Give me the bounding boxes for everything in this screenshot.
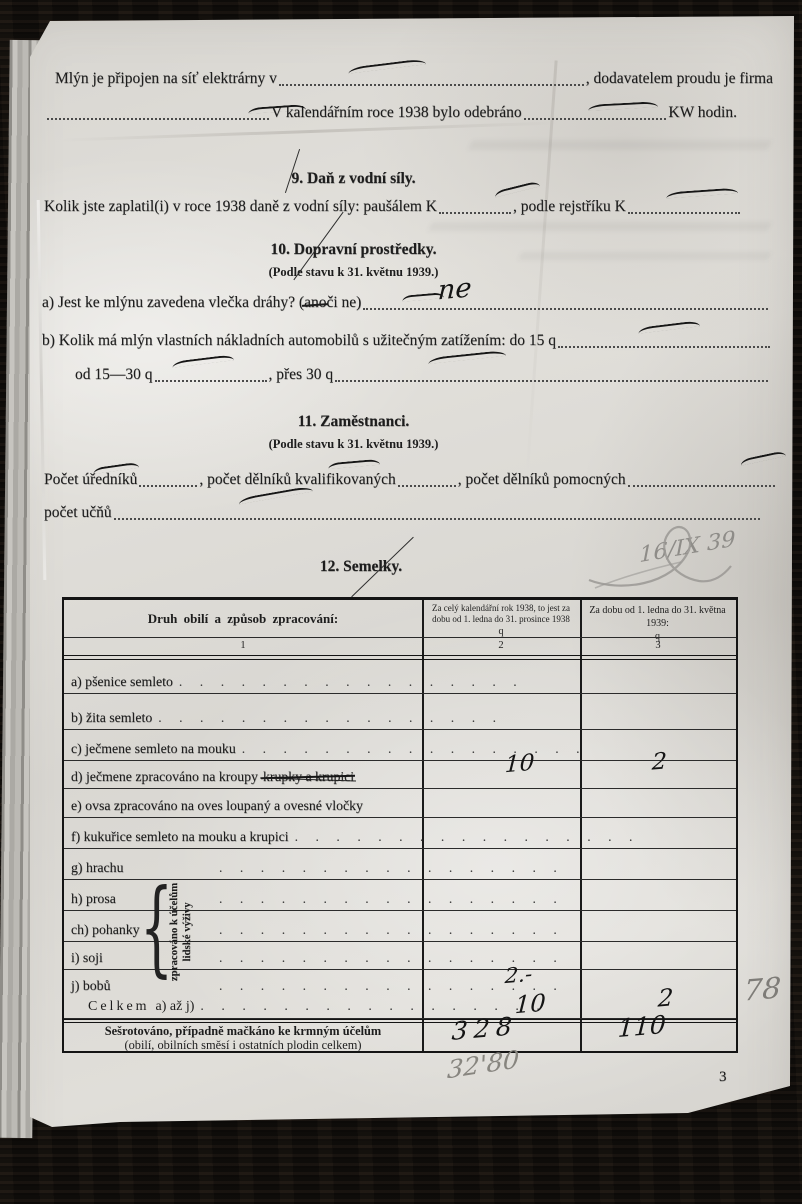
table-footer-row: Sešrotováno, případně mačkáno ke krmným … (64, 1024, 422, 1052)
handwritten-footer-1938: 328 (451, 1011, 519, 1046)
fill-in-dotted-line (628, 210, 740, 214)
row-label: ch) pohanky (71, 922, 151, 938)
handwritten-j-1938: 2.- (504, 962, 533, 988)
footer-label-line2: (obilí, obilních směsí i ostatních plodi… (64, 1039, 422, 1053)
handwritten-total-1938: 10 (514, 989, 546, 1020)
section9-question-mid: , podle rejstříku K (513, 198, 626, 217)
group-label-line1: zpracováno k účelům (168, 883, 181, 981)
handwritten-dash (740, 450, 786, 465)
row-label: g) hrachu (71, 860, 151, 876)
handwritten-d-1939: 2 (651, 748, 667, 775)
employees-clerks-label: Počet úředníků (44, 471, 137, 490)
column-number-3: 3 (580, 640, 736, 655)
fill-in-dotted-line (139, 483, 197, 487)
section9-title: 9. Daň z vodní síly. (0, 170, 707, 188)
dot-leader (219, 860, 571, 876)
electricity-line2-post: KW hodin. (668, 104, 737, 123)
col3-header-text: Za dobu od 1. ledna do 31. května 1939: (587, 604, 728, 630)
paper-sheet: Mlýn je připojen na síť elektrárny v , d… (0, 0, 802, 1204)
fill-in-dotted-line (335, 378, 768, 382)
fill-in-dotted-line (47, 116, 269, 120)
dot-leader (219, 891, 571, 907)
fill-in-dotted-line (398, 483, 456, 487)
item-b2-pre: od 15—30 q (75, 366, 153, 385)
item-b2-mid: , přes 30 q (269, 366, 334, 385)
row-label: i) soji (71, 950, 151, 966)
row-label: h) prosa (71, 891, 151, 907)
section10-subtitle: (Podle stavu k 31. květnu 1939.) (0, 265, 707, 280)
col2-header-text: Za celý kalendářní rok 1938, to jest za … (423, 603, 579, 626)
section10-item-b-line2: od 15—30 q , přes 30 q (75, 366, 770, 385)
table-row-b: b) žita semleto (64, 694, 736, 730)
table-header: Druh obilí a způsob zpracování: Za celý … (64, 600, 736, 659)
employees-apprentices-label: počet učňů (44, 504, 112, 523)
row-label: j) bobů (71, 978, 151, 994)
col2-header: Za celý kalendářní rok 1938, to jest za … (423, 600, 579, 637)
section11-line1: Počet úředníků , počet dělníků kvalifiko… (44, 471, 777, 490)
handwritten-total-1939: 2 (657, 983, 674, 1012)
dot-leader (219, 922, 571, 938)
section10-title: 10. Dopravní prostředky. (0, 241, 707, 259)
table-row-a: a) pšenice semleto (64, 659, 736, 694)
handwritten-answer-ne: ne (437, 273, 472, 307)
handwritten-d-1938: 10 (504, 750, 535, 778)
ink-bleed-smudge (428, 222, 771, 231)
total-label-word: Celkem (88, 999, 150, 1015)
row-d-struck-text: krupky a krupici (263, 769, 354, 785)
fill-in-dotted-line (524, 116, 667, 120)
row-label: d) ječmene zpracováno na kroupy (71, 769, 258, 785)
employees-helpers-label: , počet dělníků pomocných (458, 471, 626, 490)
table-row-c: c) ječmene semleto na mouku (64, 730, 736, 761)
header-rule (64, 637, 736, 638)
section9-question-pre: Kolik jste zaplatil(i) v roce 1938 daně … (44, 198, 437, 217)
pencil-flourish-signature (585, 518, 735, 598)
group-label-line2: lidské výživy (181, 883, 194, 981)
section9-question: Kolik jste zaplatil(i) v roce 1938 daně … (44, 198, 742, 217)
electricity-line1-pre: Mlýn je připojen na síť elektrárny v (55, 70, 277, 89)
table-row-d: d) ječmene zpracováno na kroupy krupky a… (64, 761, 736, 789)
footer-label-line1: Sešrotováno, případně mačkáno ke krmným … (64, 1025, 422, 1039)
scanned-form-page: Mlýn je připojen na síť elektrárny v , d… (0, 0, 802, 1204)
fill-in-dotted-line (279, 82, 584, 86)
row-label: f) kukuřice semleto na mouku a krupici (71, 829, 289, 845)
item-b-text: b) Kolik má mlýn vlastních nákladních au… (42, 332, 556, 351)
column-number-2: 2 (422, 640, 580, 655)
table-row-e: e) ovsa zpracováno na oves loupaný a ove… (64, 789, 736, 818)
column-number-1: 1 (64, 640, 422, 655)
dot-leader (295, 829, 647, 845)
section11-subtitle: (Podle stavu k 31. květnu 1939.) (0, 437, 707, 452)
item-a-pre: a) Jest ke mlýnu zavedena vlečka dráhy? … (42, 294, 304, 313)
col1-header-text: Druh obilí a způsob zpracování: (148, 611, 338, 627)
row-label: b) žita semleto (71, 710, 152, 726)
electricity-line-1: Mlýn je připojen na síť elektrárny v , d… (55, 70, 773, 89)
item-a-struck-word: ano (304, 294, 326, 313)
table-row-f: f) kukuřice semleto na mouku a krupici (64, 818, 736, 849)
handwritten-footer-1939: 110 (617, 1010, 667, 1043)
fill-in-dotted-line (363, 306, 768, 310)
paper-crease (60, 121, 560, 141)
electricity-line2-mid: V kalendářním roce 1938 bylo odebráno (271, 104, 522, 123)
item-a-post: či ne) (326, 294, 361, 313)
page-number: 3 (719, 1068, 727, 1086)
row-label: a) pšenice semleto (71, 674, 173, 690)
row-label: e) ovsa zpracováno na oves loupaný a ove… (71, 798, 363, 814)
section10-item-b-line1: b) Kolik má mlýn vlastních nákladních au… (42, 332, 772, 351)
total-label-rest: a) až j) (156, 999, 195, 1015)
handwritten-dash (328, 459, 380, 470)
pencil-margin-value: 78 (743, 970, 782, 1007)
ink-bleed-smudge (468, 140, 772, 150)
col3-header: Za dobu od 1. ledna do 31. května 1939: … (581, 600, 734, 637)
dot-leader (242, 741, 594, 757)
handwritten-dash (428, 350, 506, 364)
fill-in-dotted-line (439, 210, 511, 214)
employees-skilled-label: , počet dělníků kvalifikovaných (199, 471, 395, 490)
dot-leader (179, 674, 531, 690)
col1-header: Druh obilí a způsob zpracování: (64, 600, 422, 637)
fill-in-dotted-line (558, 344, 770, 348)
section11-title: 11. Zaměstnanci. (0, 413, 707, 431)
row-label: c) ječmene semleto na mouku (71, 741, 236, 757)
fill-in-dotted-line (155, 378, 267, 382)
dot-leader (158, 710, 510, 726)
electricity-line1-post: , dodavatelem proudu je firma (586, 70, 773, 89)
handwritten-dash (666, 187, 738, 198)
group-rotated-label: zpracováno k účelům lidské výživy (158, 872, 204, 992)
fill-in-dotted-line (628, 483, 775, 487)
